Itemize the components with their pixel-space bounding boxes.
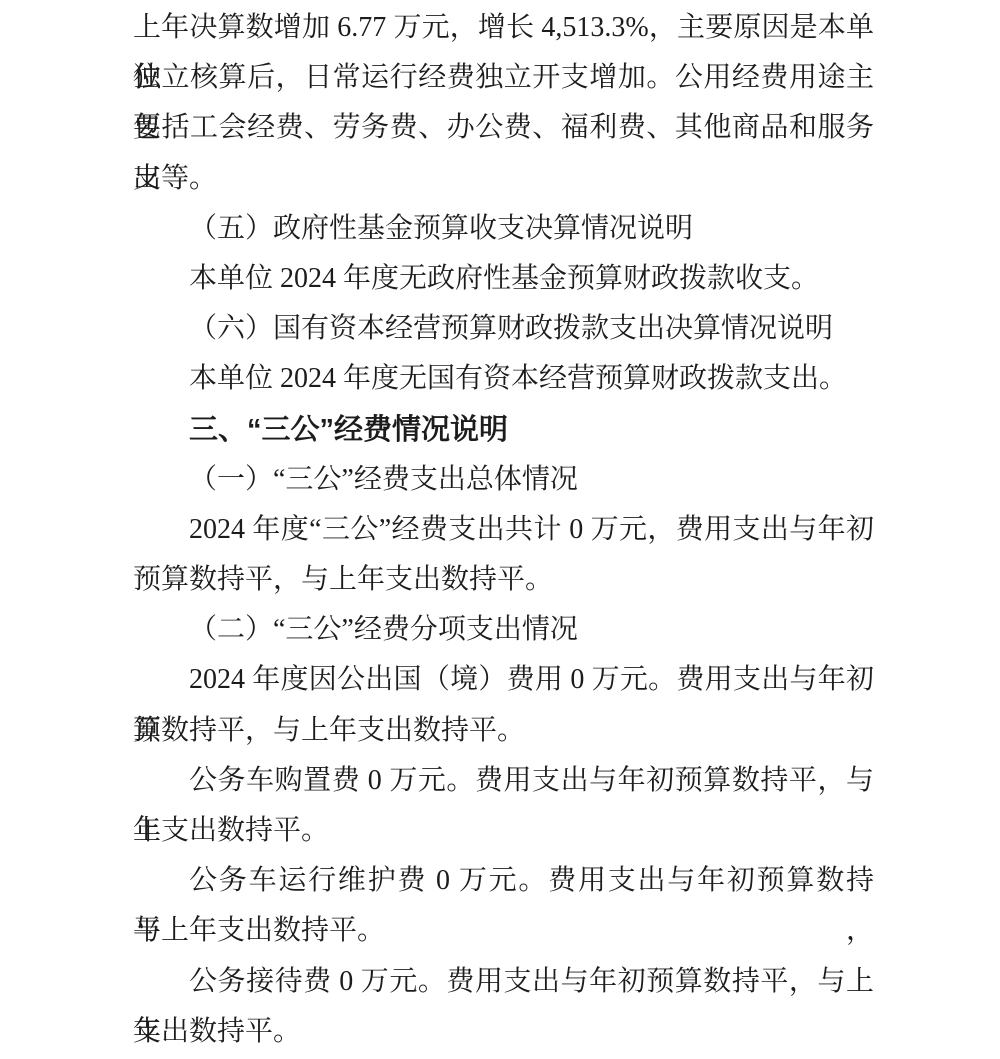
text-line: 公务车购置费 0 万元。费用支出与年初预算数持平，与上 bbox=[133, 756, 874, 806]
document-body: 上年决算数增加 6.77 万元，增长 4,513.3%，主要原因是本单位独立核算… bbox=[133, 3, 874, 1057]
text-line: 公务接待费 0 万元。费用支出与年初预算数持平，与上年 bbox=[133, 957, 874, 1007]
text-line: 上年决算数增加 6.77 万元，增长 4,513.3%，主要原因是本单位 bbox=[133, 3, 874, 53]
text-line: 包括工会经费、劳务费、办公费、福利费、其他商品和服务支 bbox=[133, 103, 874, 153]
text-line: 独立核算后，日常运行经费独立开支增加。公用经费用途主要 bbox=[133, 53, 874, 103]
text-line: 本单位 2024 年度无国有资本经营预算财政拨款支出。 bbox=[133, 354, 874, 404]
text-line: 本单位 2024 年度无政府性基金预算财政拨款收支。 bbox=[133, 254, 874, 304]
text-line: 出等。 bbox=[133, 154, 874, 204]
text-line: 年支出数持平。 bbox=[133, 806, 874, 856]
text-line: （五）政府性基金预算收支决算情况说明 bbox=[133, 204, 874, 254]
text-line: 预算数持平，与上年支出数持平。 bbox=[133, 555, 874, 605]
text-line: 支出数持平。 bbox=[133, 1007, 874, 1057]
text-line: 2024 年度“三公”经费支出共计 0 万元，费用支出与年初 bbox=[133, 505, 874, 555]
text-line: 公务车运行维护费 0 万元。费用支出与年初预算数持平， bbox=[133, 856, 874, 906]
text-line: 2024 年度因公出国（境）费用 0 万元。费用支出与年初预 bbox=[133, 655, 874, 705]
document-page: 上年决算数增加 6.77 万元，增长 4,513.3%，主要原因是本单位独立核算… bbox=[0, 0, 1000, 1059]
text-line: 算数持平，与上年支出数持平。 bbox=[133, 706, 874, 756]
section-heading: 三、“三公”经费情况说明 bbox=[133, 405, 874, 455]
text-line: （六）国有资本经营预算财政拨款支出决算情况说明 bbox=[133, 304, 874, 354]
text-line: （二）“三公”经费分项支出情况 bbox=[133, 605, 874, 655]
text-line: （一）“三公”经费支出总体情况 bbox=[133, 455, 874, 505]
